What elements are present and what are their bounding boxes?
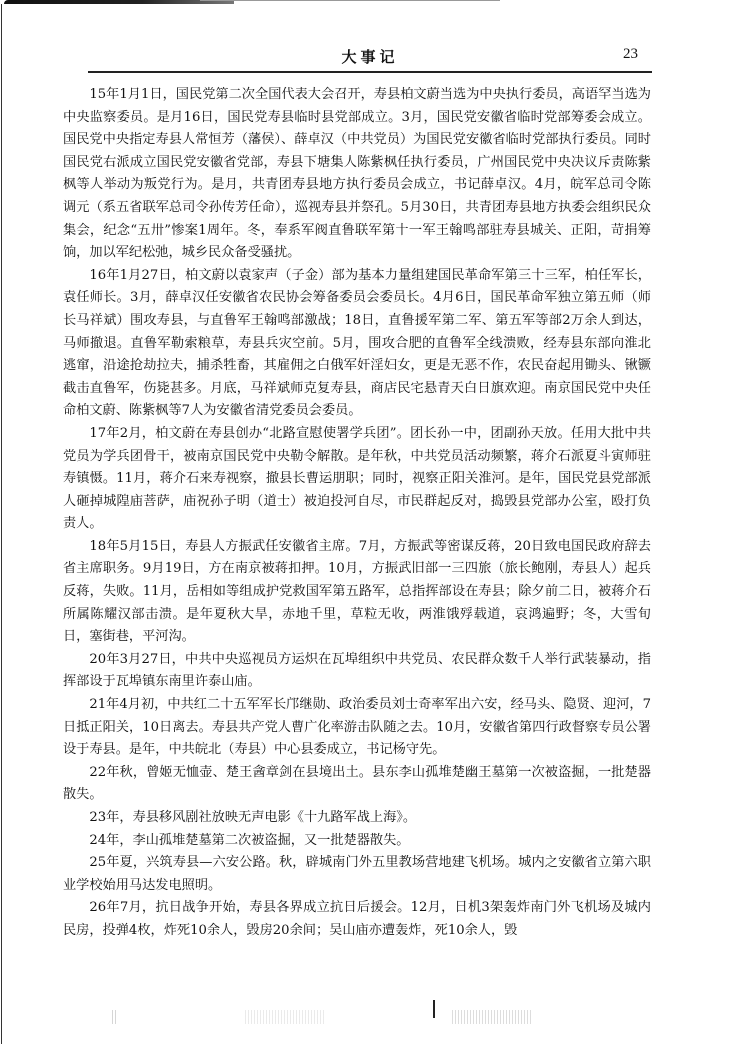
entry-1931: 20年3月27日，中共中央巡视员方运炽在瓦埠组织中共党员、农民群众数千人举行武装… bbox=[63, 649, 651, 694]
entry-1936: 25年夏，兴筑寿县—六安公路。秋，辟城南门外五里教场营地建飞机场。城内之安徽省立… bbox=[63, 852, 651, 897]
scan-artifact bbox=[452, 1010, 532, 1024]
entry-1934: 23年，寿县移风剧社放映无声电影《十九路军战上海》。 bbox=[63, 807, 651, 830]
entry-1926: 15年1月1日，国民党第二次全国代表大会召开，寿县柏文蔚当选为中央执行委员，高语… bbox=[63, 84, 651, 265]
running-header: 大事记 23 bbox=[90, 44, 650, 70]
header-rule bbox=[88, 71, 652, 73]
entry-1932: 21年4月初，中共红二十五军军长邝继勋、政治委员刘士奇率军出六安，经马头、隐贤、… bbox=[63, 694, 651, 762]
scan-page-edge-top-thin bbox=[200, 0, 500, 1]
entry-1927: 16年1月27日，柏文蔚以袁家声（子金）部为基本力量组建国民革命军第三十三军，柏… bbox=[63, 265, 651, 423]
chronicle-body: 15年1月1日，国民党第二次全国代表大会召开，寿县柏文蔚当选为中央执行委员，高语… bbox=[63, 84, 651, 943]
entry-1933: 22年秋，曾姬无恤壶、楚王酓章剑在县境出土。县东李山孤堆楚幽王墓第一次被盗掘，一… bbox=[63, 762, 651, 807]
entry-1935: 24年，李山孤堆楚墓第二次被盗掘，又一批楚器散失。 bbox=[63, 830, 651, 853]
entry-1937: 26年7月，抗日战争开始，寿县各界成立抗日后援会。12月，日机3架轰炸南门外飞机… bbox=[63, 897, 651, 942]
entry-1929: 18年5月15日，寿县人方振武任安徽省主席。7月，方振武等密谋反蒋，20日致电国… bbox=[63, 536, 651, 649]
scan-artifact bbox=[112, 1010, 116, 1024]
chapter-title: 大事记 bbox=[90, 46, 650, 67]
scan-artifact bbox=[245, 1010, 325, 1024]
scan-artifact-mark bbox=[433, 1000, 435, 1018]
page-number: 23 bbox=[623, 46, 638, 63]
entry-1928: 17年2月，柏文蔚在寿县创办“北路宣慰使署学兵团”。团长孙一中，团副孙天放。任用… bbox=[63, 423, 651, 536]
scan-page-edge-left bbox=[1, 4, 2, 1044]
